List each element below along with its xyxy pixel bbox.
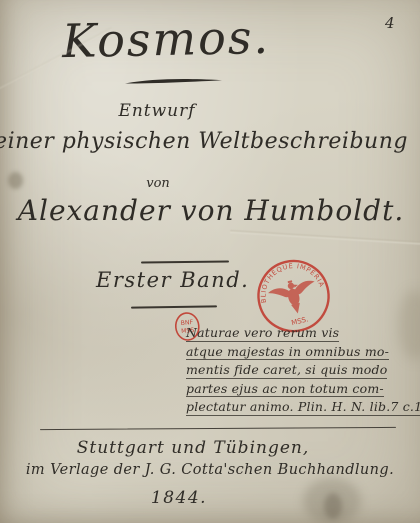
volume-label: Erster Band.	[96, 270, 249, 291]
imprint-year: 1844.	[151, 490, 207, 507]
byline-von: von	[146, 177, 170, 190]
quote-line: partes ejus ac non totum com-	[186, 380, 414, 399]
subtitle-line-2: einer physischen Weltbeschreibung	[0, 131, 408, 153]
paper-stain	[324, 493, 342, 519]
page-title: Kosmos.	[62, 14, 271, 64]
paper-stain	[303, 478, 361, 523]
folio-number: 4	[385, 16, 395, 31]
imperial-eagle-icon	[266, 275, 321, 319]
imprint-divider-rule	[40, 427, 396, 430]
title-underline-flourish	[124, 77, 224, 85]
quote-line: atque majestas in omnibus mo-	[186, 343, 414, 362]
quote-line: plectatur animo. Plin. H. N. lib.7 c.1.	[186, 398, 414, 417]
author-name: Alexander von Humboldt.	[18, 197, 404, 225]
quote-line: mentis fide caret, si quis modo	[186, 361, 414, 380]
manuscript-title-page: 4 Kosmos. Entwurf einer physischen Weltb…	[0, 0, 420, 523]
paper-crease	[230, 230, 420, 245]
quote-line: Naturae vero rerum vis	[186, 324, 414, 343]
paper-stain	[8, 172, 23, 189]
latin-quote: Naturae vero rerum vis atque majestas in…	[186, 324, 414, 417]
subtitle-line-1: Entwurf	[118, 103, 195, 120]
imprint-city-line: Stuttgart und Tübingen,	[77, 440, 310, 457]
rule-below-volume	[131, 305, 217, 308]
imprint-publisher-line: im Verlage der J. G. Cotta'schen Buchhan…	[26, 463, 394, 478]
rule-above-volume	[141, 261, 229, 263]
